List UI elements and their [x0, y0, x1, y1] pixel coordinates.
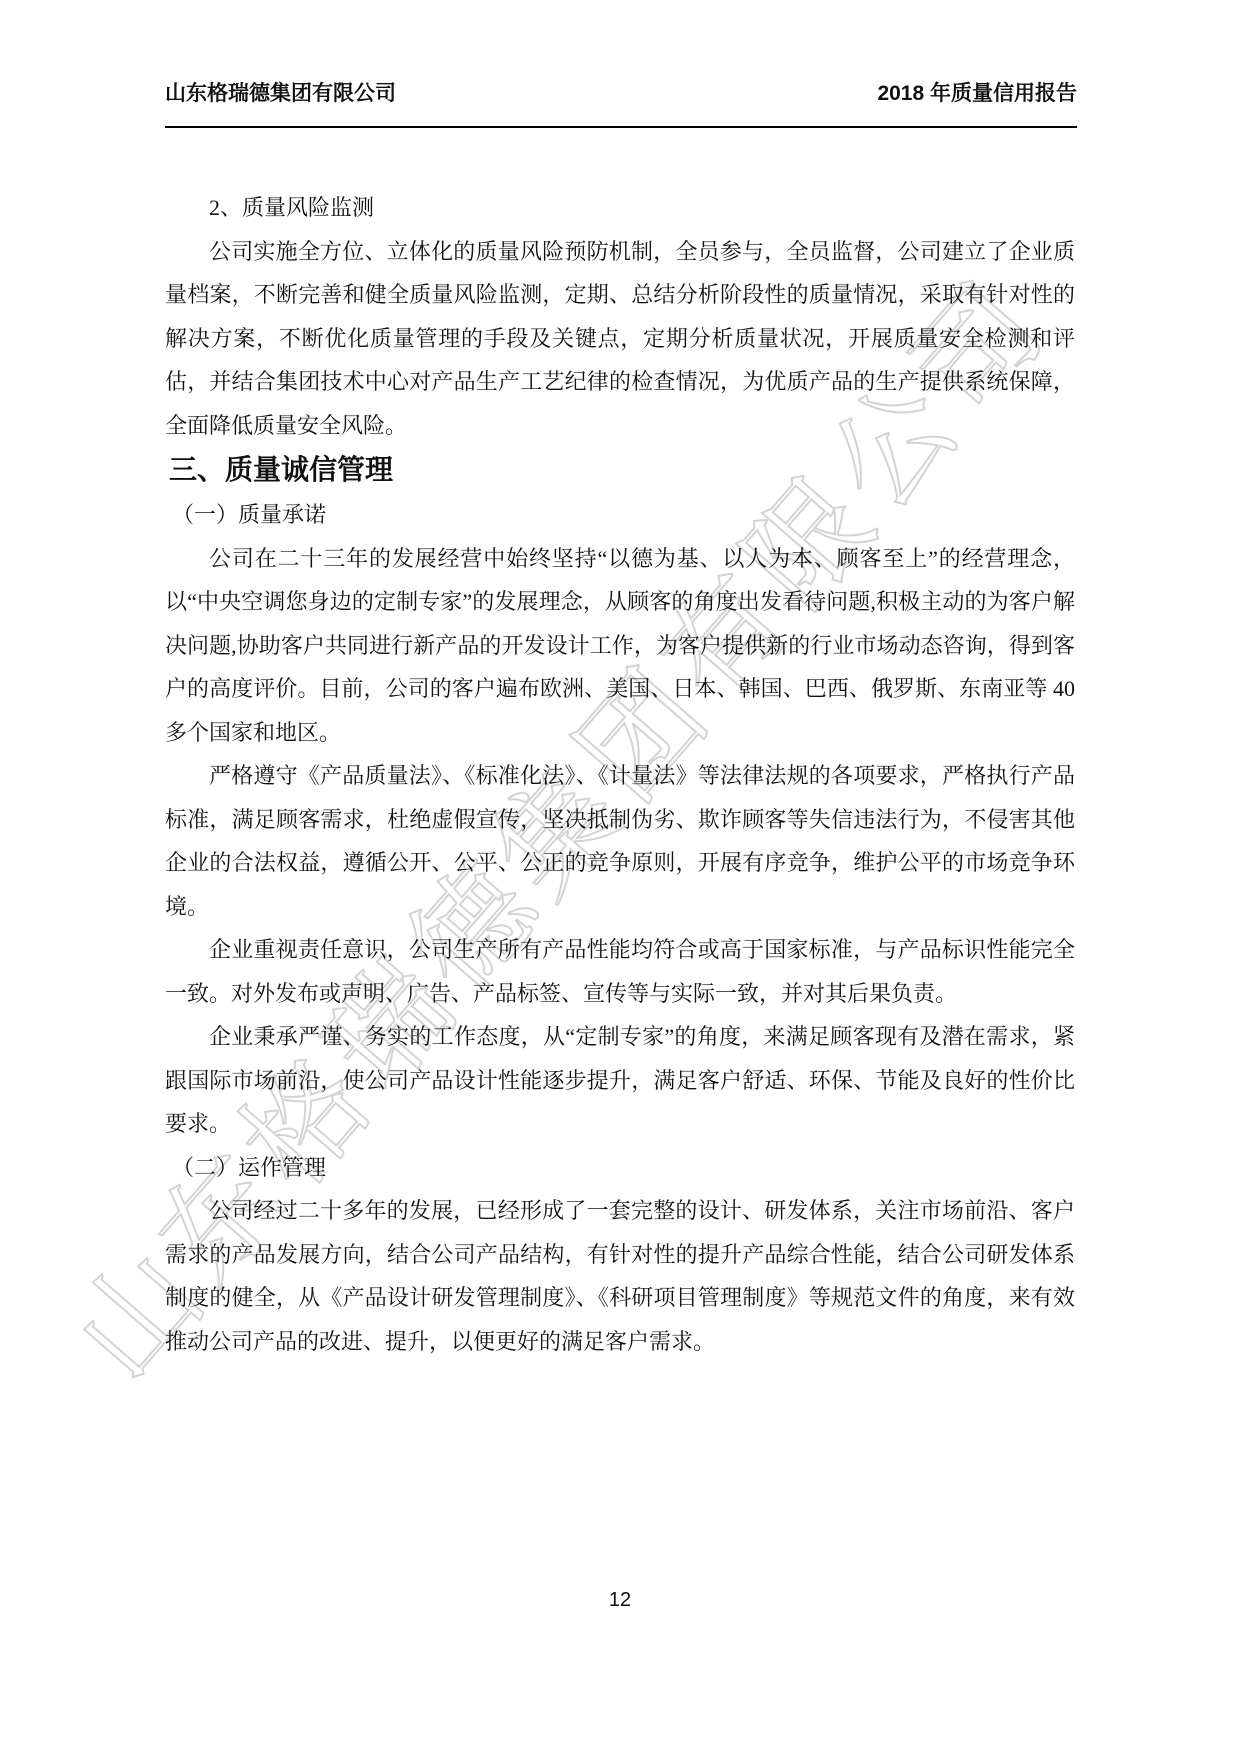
paragraph: 公司经过二十多年的发展，已经形成了一套完整的设计、研发体系，关注市场前沿、客户需…	[165, 1189, 1075, 1363]
paragraph: 公司在二十三年的发展经营中始终坚持“以德为基、以人为本、顾客至上”的经营理念，以…	[165, 537, 1075, 755]
document-body: 2、质量风险监测 公司实施全方位、立体化的质量风险预防机制，全员参与，全员监督，…	[165, 0, 1075, 1363]
section-heading: 三、质量诚信管理	[165, 447, 1075, 493]
subsection-heading: （二）运作管理	[165, 1146, 1075, 1190]
paragraph: 企业秉承严谨、务实的工作态度，从“定制专家”的角度，来满足顾客现有及潜在需求，紧…	[165, 1015, 1075, 1146]
paragraph: 公司实施全方位、立体化的质量风险预防机制，全员参与，全员监督，公司建立了企业质量…	[165, 230, 1075, 448]
subsection-heading: （一）质量承诺	[165, 493, 1075, 537]
document-page: 山东格瑞德集团有限公司 2018 年质量信用报告 山东格瑞德集团有限公司 2、质…	[0, 0, 1240, 1754]
numbered-list-item: 2、质量风险监测	[165, 186, 1075, 230]
page-number: 12	[0, 1588, 1240, 1612]
paragraph: 企业重视责任意识，公司生产所有产品性能均符合或高于国家标准，与产品标识性能完全一…	[165, 928, 1075, 1015]
paragraph: 严格遵守《产品质量法》、《标准化法》、《计量法》等法律法规的各项要求，严格执行产…	[165, 754, 1075, 928]
